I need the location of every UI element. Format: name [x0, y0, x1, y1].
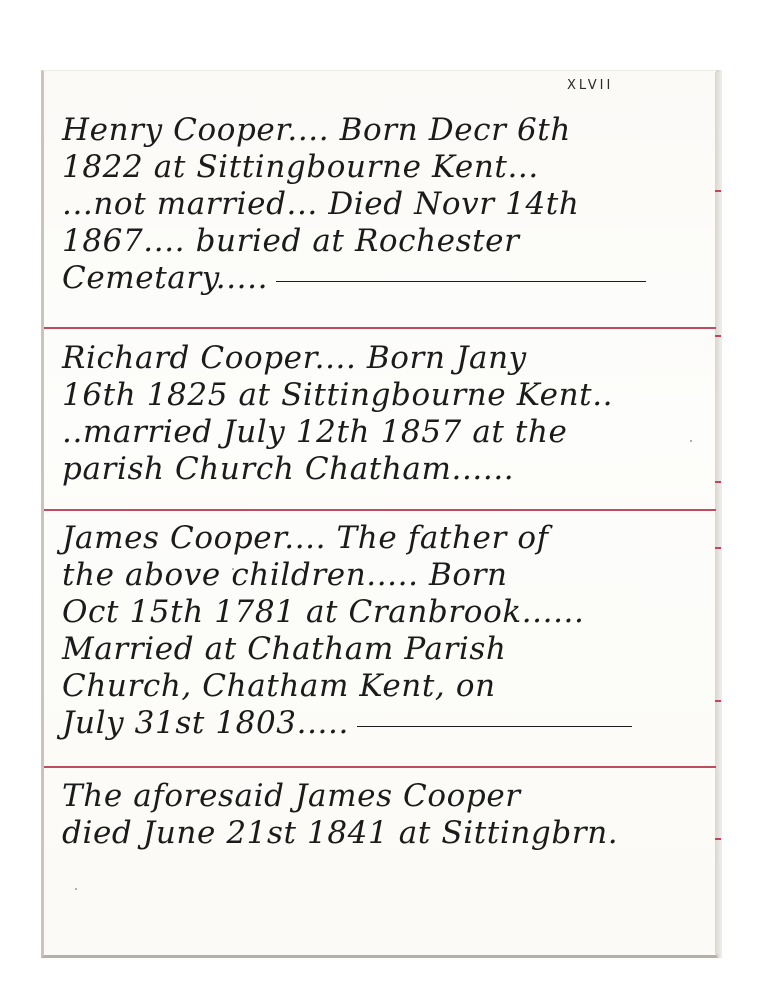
- entry-line: Married at Chatham Parish: [62, 631, 712, 668]
- entry-line: 1822 at Sittingbourne Kent...: [62, 149, 712, 186]
- entry-henry-cooper: Henry Cooper.... Born Decr 6th 1822 at S…: [62, 112, 712, 297]
- entry-line: James Cooper.... The father of: [62, 520, 712, 557]
- paper-speck: [75, 888, 77, 890]
- edge-rule-mark: [715, 700, 721, 702]
- paper-speck: [232, 568, 234, 570]
- edge-rule-mark: [715, 335, 721, 337]
- entry-line: 1867.... buried at Rochester: [62, 223, 712, 260]
- entry-line: The aforesaid James Cooper: [62, 778, 712, 815]
- entry-line: ..married July 12th 1857 at the: [62, 414, 712, 451]
- entry-line: died June 21st 1841 at Sittingbrn.: [62, 815, 712, 852]
- entry-line: 16th 1825 at Sittingbourne Kent..: [62, 377, 712, 414]
- entry-line-with-fill: July 31st 1803.....: [62, 705, 712, 742]
- entry-line: Church, Chatham Kent, on: [62, 668, 712, 705]
- edge-rule-mark: [715, 547, 721, 549]
- paper-speck: [690, 440, 692, 442]
- folio-number: XLVII: [567, 78, 613, 93]
- entry-line: Oct 15th 1781 at Cranbrook......: [62, 594, 712, 631]
- entry-james-cooper: James Cooper.... The father of the above…: [62, 520, 712, 742]
- entry-richard-cooper: Richard Cooper.... Born Jany 16th 1825 a…: [62, 340, 712, 488]
- entry-line: Richard Cooper.... Born Jany: [62, 340, 712, 377]
- edge-rule-mark: [715, 481, 721, 483]
- entry-separator-rule: [44, 766, 716, 768]
- entry-separator-rule: [44, 509, 716, 511]
- entry-separator-rule: [44, 327, 716, 329]
- entry-line: ...not married... Died Novr 14th: [62, 186, 712, 223]
- fill-rule: [276, 281, 646, 282]
- entry-line-text: Cemetary.....: [62, 260, 268, 296]
- entry-line-text: July 31st 1803.....: [62, 705, 349, 741]
- fill-rule: [357, 726, 632, 727]
- page-edge: [715, 72, 721, 954]
- edge-rule-mark: [715, 838, 721, 840]
- entry-line: parish Church Chatham......: [62, 451, 712, 488]
- entry-line-with-fill: Cemetary.....: [62, 260, 712, 297]
- edge-rule-mark: [715, 190, 721, 192]
- entry-line: the above children..... Born: [62, 557, 712, 594]
- entry-line: Henry Cooper.... Born Decr 6th: [62, 112, 712, 149]
- entry-james-cooper-death: The aforesaid James Cooper died June 21s…: [62, 778, 712, 852]
- scan-canvas: XLVII Henry Cooper.... Born Decr 6th 182…: [0, 0, 768, 994]
